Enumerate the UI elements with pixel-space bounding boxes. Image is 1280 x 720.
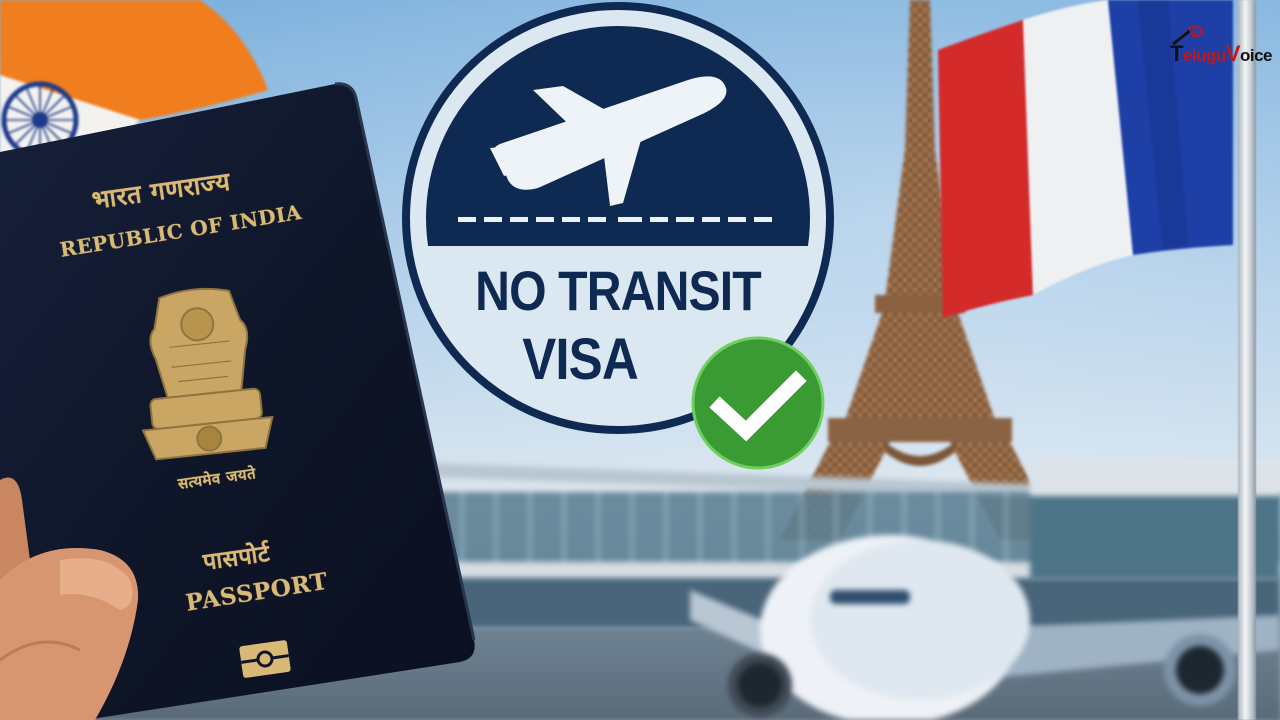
airplane: [690, 520, 1280, 720]
logo-letter-v: V: [1226, 41, 1240, 66]
logo-text: TeluguVoice: [1170, 41, 1272, 67]
logo-letter-t: T: [1170, 41, 1183, 66]
e-passport-chip-icon: [238, 639, 292, 680]
logo-oice: oice: [1240, 46, 1272, 65]
teluguvoice-logo: TeluguVoice: [1165, 24, 1275, 70]
national-emblem-icon: [118, 277, 287, 482]
thumbnail-scene: भारत गणराज्य REPUBLIC OF INDIA सत्यमेव ज…: [0, 0, 1280, 720]
badge-line-1: NO TRANSIT: [429, 258, 807, 323]
hand-holding-passport: [0, 460, 160, 720]
checkmark-icon: [690, 335, 826, 471]
logo-telugu: elugu: [1183, 46, 1226, 65]
flag-pole: [1238, 0, 1256, 720]
